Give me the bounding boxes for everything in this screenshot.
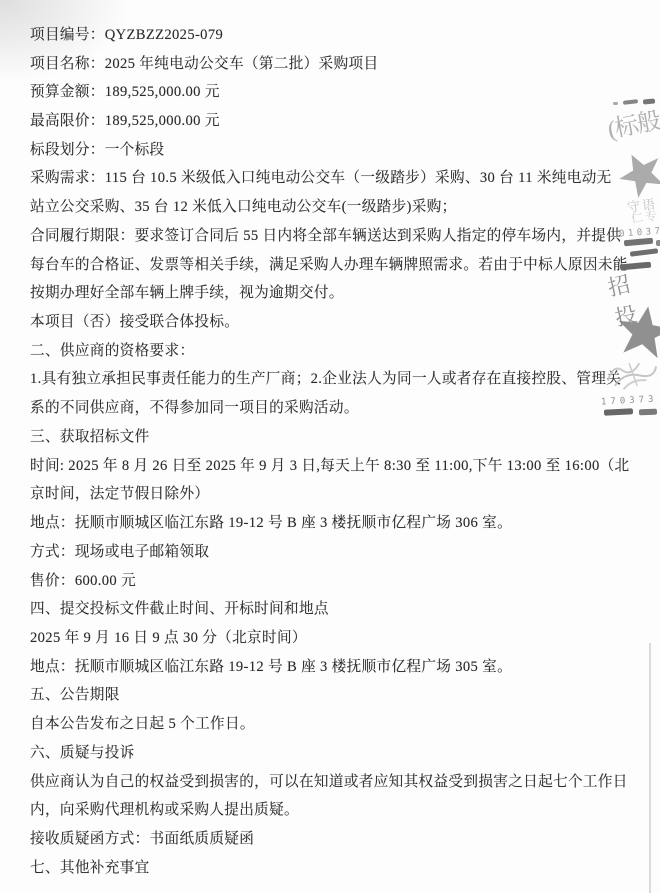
- field-opening-datetime: 2025 年 9 月 16 日 9 点 30 分（北京时间）: [30, 622, 636, 651]
- scan-edge-line: [649, 643, 651, 893]
- section-4-deadline-opening: 四、提交投标文件截止时间、开标时间和地点: [30, 593, 636, 622]
- field-contract-period-cont1: 每台车的合格证、发票等相关手续，满足采购人办理车辆牌照需求。若由于中标人原因未能: [30, 249, 636, 278]
- field-obtain-time-cont: 京时间，法定节假日除外）: [30, 479, 636, 508]
- section-5-announcement-period: 五、公告期限: [30, 680, 636, 709]
- qualification-items-cont: 系的不同供应商，不得参加同一项目的采购活动。: [30, 392, 636, 421]
- stamp-smudge-mark: [639, 409, 657, 416]
- seal-serial-number: 01037: [619, 226, 660, 239]
- stamp-smudge-mark: [643, 98, 655, 104]
- seal-serial-number: 170373: [601, 395, 658, 408]
- field-procurement-demand: 采购需求：115 台 10.5 米级低入口纯电动公交车（一级踏步）采购、30 台…: [30, 163, 636, 192]
- field-project-number: 项目编号：QYZBZZ2025-079: [30, 19, 636, 48]
- field-consortium-bid: 本项目（否）接受联合体投标。: [30, 306, 636, 335]
- section-3-obtain-documents: 三、获取招标文件: [30, 421, 636, 450]
- section-2-supplier-qualifications: 二、供应商的资格要求：: [30, 335, 636, 364]
- stamp-smudge-mark: [624, 238, 653, 247]
- field-max-price: 最高限价：189,525,000.00 元: [30, 105, 636, 134]
- query-rights-text: 供应商认为自己的权益受到损害的，可以在知道或者应知其权益受到损害之日起七个工作日: [30, 766, 636, 795]
- qualification-items: 1.具有独立承担民事责任能力的生产厂商；2.企业法人为同一人或者存在直接控股、管…: [30, 364, 636, 393]
- field-obtain-location: 地点：抚顺市顺城区临江东路 19-12 号 B 座 3 楼抚顺市亿程广场 306…: [30, 507, 636, 536]
- field-opening-location: 地点：抚顺市顺城区临江东路 19-12 号 B 座 3 楼抚顺市亿程广场 305…: [30, 651, 636, 680]
- scanned-document-page: { "page": { "background": "#fdfdfd", "te…: [0, 0, 660, 893]
- field-lot-division: 标段划分：一个标段: [30, 134, 636, 163]
- field-procurement-demand-cont: 站立公交采购、35 台 12 米低入口纯电动公交车(一级踏步)采购；: [30, 191, 636, 220]
- field-document-price: 售价：600.00 元: [30, 565, 636, 594]
- field-budget-amount: 预算金额：189,525,000.00 元: [30, 76, 636, 105]
- section-6-query-complaint: 六、质疑与投诉: [30, 737, 636, 766]
- field-contract-period-cont2: 按期办理好全部车辆上牌手续，视为逾期交付。: [30, 277, 636, 306]
- stamp-smudge-mark: [656, 240, 660, 246]
- field-obtain-method: 方式：现场或电子邮箱领取: [30, 536, 636, 565]
- field-obtain-time: 时间: 2025 年 8 月 26 日至 2025 年 9 月 3 日,每天上午…: [30, 450, 636, 479]
- field-project-name: 项目名称：2025 年纯电动公交车（第二批）采购项目: [30, 48, 636, 77]
- query-rights-text-cont: 内，向采购代理机构或采购人提出质疑。: [30, 794, 636, 823]
- field-contract-period: 合同履行期限：要求签订合同后 55 日内将全部车辆送达到采购人指定的停车场内，并…: [30, 220, 636, 249]
- section-7-other-matters: 七、其他补充事宜: [30, 852, 636, 881]
- document-body: 项目编号：QYZBZZ2025-079 项目名称：2025 年纯电动公交车（第二…: [30, 19, 636, 881]
- field-query-letter-method: 接收质疑函方式：书面纸质质疑函: [30, 823, 636, 852]
- stamp-smudge-mark: [613, 102, 618, 105]
- field-announcement-duration: 自本公告发布之日起 5 个工作日。: [30, 708, 636, 737]
